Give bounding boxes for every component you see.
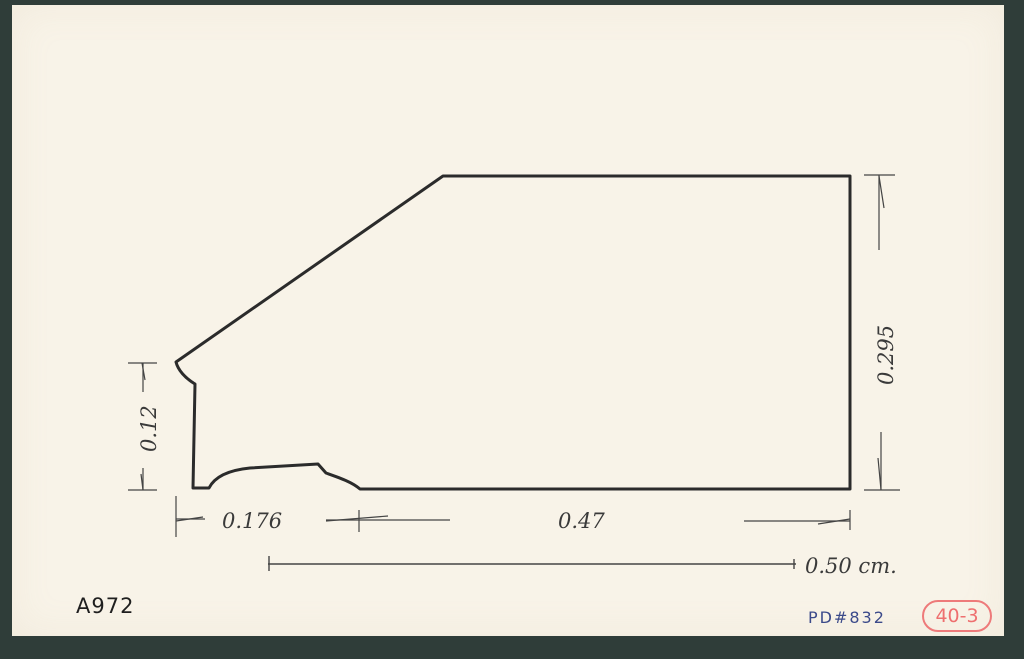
profile-outline — [176, 176, 850, 489]
catalog-id: A972 — [76, 594, 134, 618]
pd-number: PD#832 — [808, 608, 886, 627]
red-stamp-text: 40-3 — [935, 605, 978, 627]
red-stamp: 40-3 — [922, 600, 992, 632]
dimension-label-0176: 0.176 — [222, 509, 282, 533]
dimension-label-0295: 0.295 — [874, 325, 898, 385]
scale-bar — [268, 556, 796, 571]
dimension-label-047: 0.47 — [558, 509, 605, 533]
dimension-label-012: 0.12 — [137, 405, 161, 452]
profile-drawing: 0.295 0.12 0.176 0.47 0.50 cm. — [0, 0, 1024, 659]
scale-bar-label: 0.50 cm. — [805, 554, 897, 578]
